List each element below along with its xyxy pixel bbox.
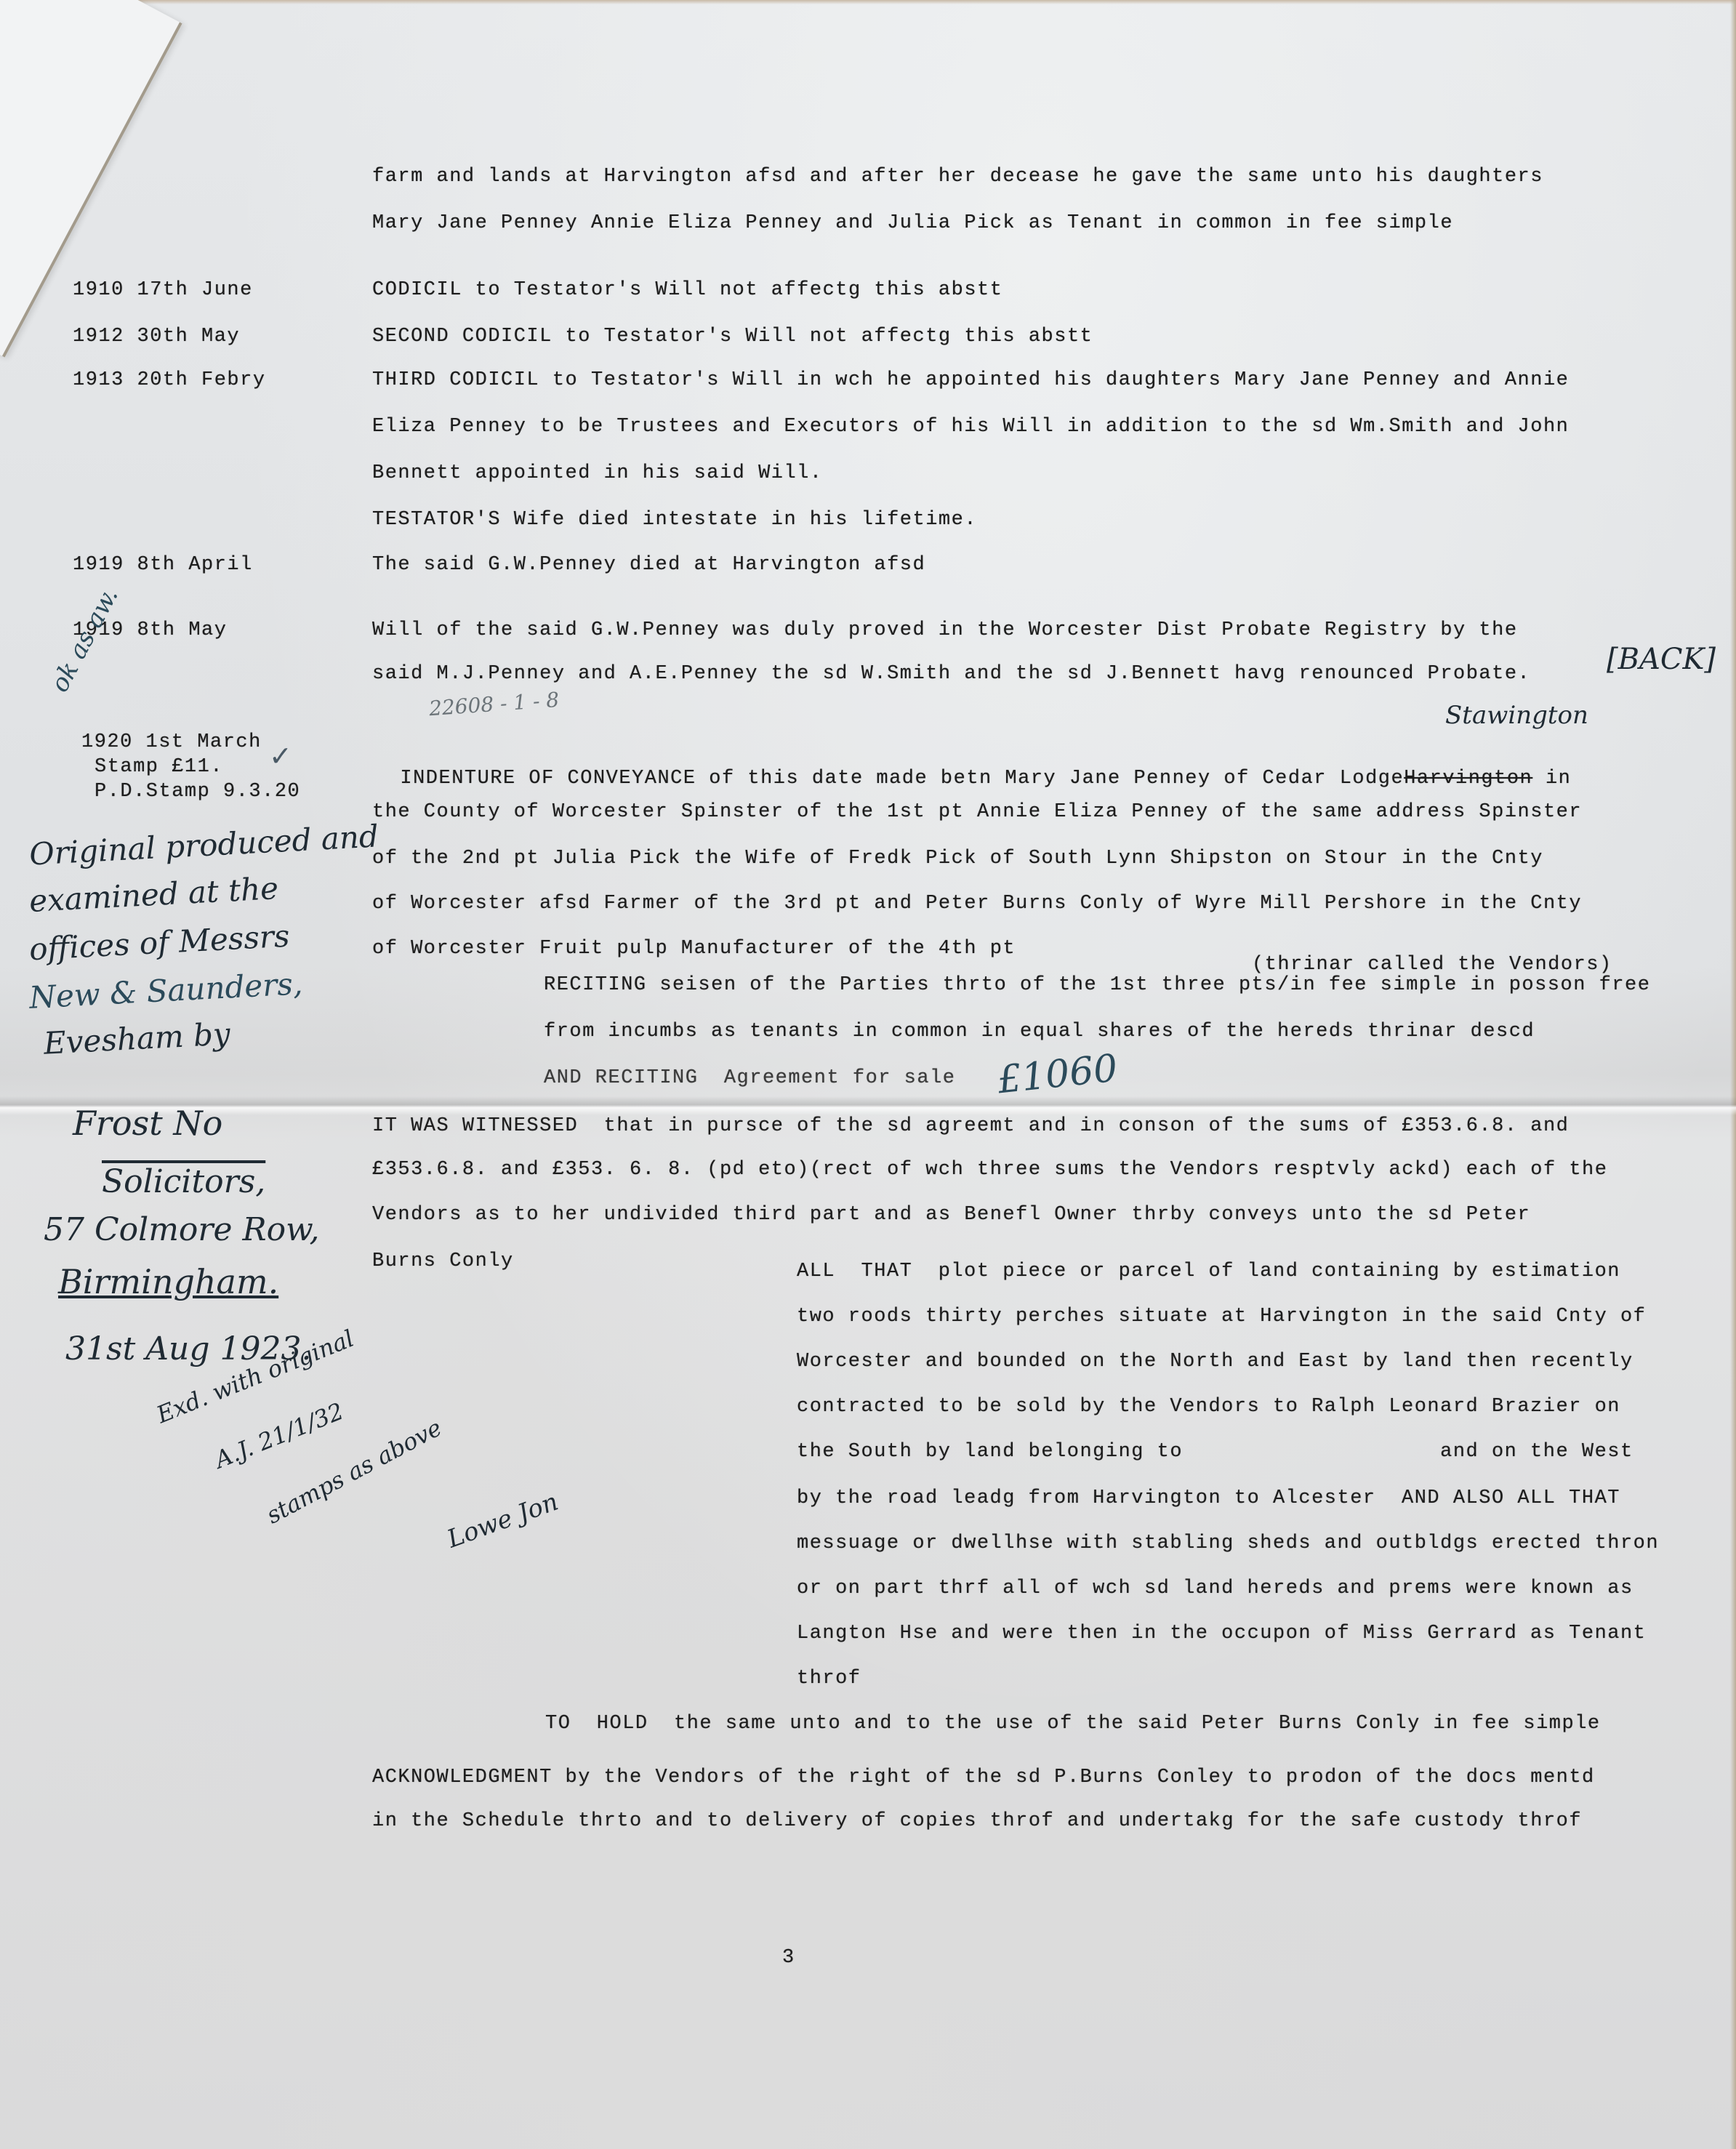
- conveyance-line-3: of the 2nd pt Julia Pick the Wife of Fre…: [372, 848, 1543, 869]
- conveyance-line-1: INDENTURE OF CONVEYANCE of this date mad…: [372, 755, 1571, 803]
- conveyance-line-2: the County of Worcester Spinster of the …: [372, 801, 1582, 823]
- parcels-line-6: by the road leadg from Harvington to Alc…: [797, 1487, 1620, 1509]
- vendors-definition-note: (thrinar called the Vendors): [1252, 954, 1612, 976]
- entry-text-death: The said G.W.Penney died at Harvington a…: [372, 554, 925, 576]
- witnessed-line-2: £353.6.8. and £353. 6. 8. (pd eto)(rect …: [372, 1159, 1607, 1181]
- check-mark-icon: ✓: [269, 740, 292, 772]
- page-number: 3: [782, 1947, 795, 1969]
- entry-text-codicil-3-line-2: Eliza Penney to be Trustees and Executor…: [372, 416, 1569, 438]
- reciting-line-1: RECITING seisen of the Parties thrto of …: [544, 974, 1650, 996]
- exam-note-line-3: offices of Messrs: [28, 918, 291, 968]
- later-note-line-2: A.J. 21/1/32: [211, 1397, 347, 1474]
- paper-right-edge: [1730, 0, 1736, 2149]
- exam-note-line-5: Evesham by: [43, 1016, 231, 1061]
- parcels-line-7: messuage or dwellhse with stabling sheds…: [797, 1533, 1659, 1554]
- acknowledgment-line-2: in the Schedule thrto and to delivery of…: [372, 1810, 1582, 1832]
- entry-text-codicil-3-line-1: THIRD CODICIL to Testator's Will in wch …: [372, 369, 1569, 391]
- insertion-stavington: Stawington: [1445, 701, 1588, 730]
- price-annotation: £1060: [995, 1047, 1120, 1103]
- habendum-line: TO HOLD the same unto and to the use of …: [545, 1713, 1601, 1735]
- entry-date-codicil-2: 1912 30th May: [73, 326, 240, 348]
- back-marker-annotation: [BACK]: [1607, 643, 1716, 676]
- conveyance-line-1-text: INDENTURE OF CONVEYANCE of this date mad…: [400, 768, 1404, 790]
- entry-text-codicil-2: SECOND CODICIL to Testator's Will not af…: [372, 326, 1093, 348]
- exam-note-line-7: Solicitors,: [102, 1163, 265, 1200]
- parcels-line-3: Worcester and bounded on the North and E…: [797, 1351, 1633, 1373]
- conveyance-pd-stamp: P.D.Stamp 9.3.20: [95, 781, 300, 803]
- folded-corner: [0, 0, 182, 358]
- conveyance-line-4: of Worcester afsd Farmer of the 3rd pt a…: [372, 893, 1582, 915]
- parcels-line-1: ALL THAT plot piece or parcel of land co…: [797, 1261, 1620, 1282]
- exam-note-line-6: Frost No: [73, 1104, 222, 1143]
- conveyance-line-5: of Worcester Fruit pulp Manufacturer of …: [372, 938, 1016, 960]
- witnessed-line-1: IT WAS WITNESSED that in pursce of the s…: [372, 1115, 1569, 1137]
- conveyance-stamp: Stamp £11.: [95, 756, 223, 778]
- continuation-line-2: Mary Jane Penney Annie Eliza Penney and …: [372, 212, 1453, 234]
- entry-date-codicil-3: 1913 20th Febry: [73, 369, 266, 391]
- pencil-reference-number: 22608 - 1 - 8: [428, 688, 560, 720]
- parcels-line-2: two roods thirty perches situate at Harv…: [797, 1306, 1646, 1327]
- entry-date-codicil-1: 1910 17th June: [73, 279, 253, 301]
- exam-note-line-1: Original produced and: [28, 818, 379, 872]
- reciting-line-2: from incumbs as tenants in common in equ…: [544, 1021, 1535, 1043]
- parcels-line-9: Langton Hse and were then in the occupon…: [797, 1623, 1646, 1644]
- struck-word-after: in: [1546, 768, 1571, 790]
- witnessed-line-3: Vendors as to her undivided third part a…: [372, 1204, 1530, 1226]
- exam-note-line-8: 57 Colmore Row,: [44, 1211, 320, 1248]
- exam-note-line-9: Birmingham.: [58, 1262, 278, 1301]
- entry-text-codicil-3-line-3: Bennett appointed in his said Will.: [372, 462, 823, 484]
- parcels-line-8: or on part thrf all of wch sd land hered…: [797, 1578, 1633, 1599]
- entry-text-wife-death: TESTATOR'S Wife died intestate in his li…: [372, 509, 977, 531]
- entry-text-codicil-1: CODICIL to Testator's Will not affectg t…: [372, 279, 1002, 301]
- entry-date-death: 1919 8th April: [73, 554, 253, 576]
- horizontal-fold-crease: [0, 1096, 1736, 1115]
- document-page: farm and lands at Harvington afsd and af…: [0, 0, 1736, 2149]
- and-reciting-line: AND RECITING Agreement for sale: [544, 1067, 955, 1089]
- witnessed-line-4: Burns Conly: [372, 1250, 514, 1272]
- exam-note-line-2: examined at the: [28, 870, 279, 919]
- paper-top-edge: [0, 0, 1736, 4]
- continuation-line-1: farm and lands at Harvington afsd and af…: [372, 166, 1543, 188]
- parcels-line-10: throf: [797, 1668, 861, 1690]
- parcels-line-4: contracted to be sold by the Vendors to …: [797, 1396, 1620, 1418]
- entry-date-conveyance: 1920 1st March: [81, 731, 262, 753]
- exam-note-line-4: New & Saunders,: [28, 965, 303, 1016]
- struck-word: Harvington: [1404, 768, 1532, 790]
- entry-text-probate-line-1: Will of the said G.W.Penney was duly pro…: [372, 619, 1518, 641]
- signature: Lowe Jon: [443, 1487, 562, 1554]
- parcels-line-5: the South by land belonging to and on th…: [797, 1441, 1633, 1463]
- entry-text-probate-line-2: said M.J.Penney and A.E.Penney the sd W.…: [372, 663, 1530, 685]
- acknowledgment-line-1: ACKNOWLEDGMENT by the Vendors of the rig…: [372, 1767, 1595, 1788]
